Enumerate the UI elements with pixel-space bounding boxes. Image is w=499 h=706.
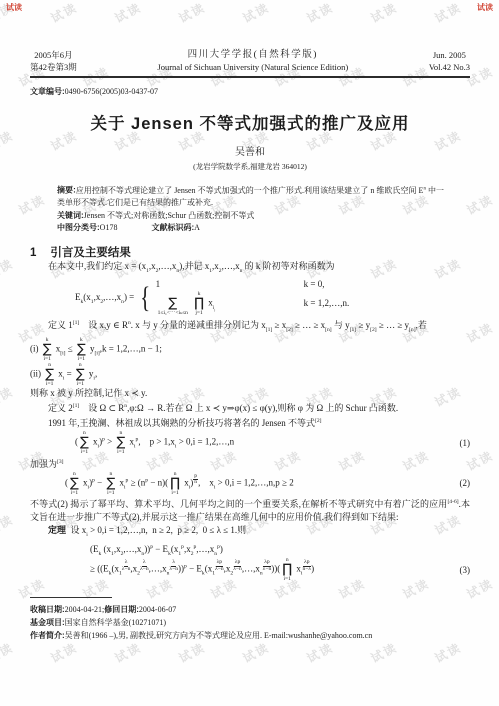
ek-case-2: ∑1≤i₁<⋯<iₖ≤n k∏j=1 xijk = 1,2,…,n.: [156, 291, 396, 316]
header-left: 2005年6月 第42卷第3期: [30, 50, 77, 73]
equation-1: (n∑i=1 xi)p > n∑i=1 xip, p > 1,xi > 0,i …: [30, 430, 470, 455]
red-stamp-top-right: 试读: [477, 2, 493, 13]
bio-label: 作者简介:: [30, 631, 65, 640]
issue-volume-cn: 第42卷第3期: [30, 62, 77, 74]
doc-code-value: A: [194, 223, 200, 232]
equation-2: (n∑i=1 xi)p − n∑i=1 xip ≥ (np − n)(n∏i=1…: [30, 471, 470, 496]
keywords-label: 关键词:: [57, 211, 84, 220]
header-right: Jun. 2005 Vol.42 No.3: [429, 50, 470, 73]
clc-label: 中图分类号:: [57, 223, 100, 232]
equation-2-body: (n∑i=1 xi)p − n∑i=1 xip ≥ (np − n)(n∏i=1…: [65, 471, 436, 496]
definition-2: 定义 2[1] 设 Ω ⊂ Rn,φ:Ω → R.若在 Ω 上 x ≺ y⇒φ(…: [30, 400, 470, 415]
issue-date-cn: 2005年6月: [30, 50, 77, 62]
revised-date: 2004-06-07: [139, 605, 176, 614]
equation-2-number: (2): [436, 478, 470, 488]
received-label: 收稿日期:: [30, 605, 65, 614]
abstract-paragraph: 摘要:应用控制不等式理论建立了 Jensen 不等式加强式的一个推广形式.利用该…: [57, 183, 444, 210]
journal-name-cn: 四川大学学报(自然科学版): [77, 50, 429, 62]
ek-case-2-expr: ∑1≤i₁<⋯<iₖ≤n k∏j=1 xij: [156, 291, 304, 316]
received-line: 收稿日期:2004-04-21;修回日期:2004-06-07: [30, 603, 470, 616]
theorem-statement: 定理 设 xi > 0,i = 1,2,…,n, n ≥ 2, p ≥ 2, 0…: [30, 524, 470, 542]
classification-line: 中图分类号:O178文献标识码:A: [57, 222, 444, 235]
clc-value: O178: [100, 223, 118, 232]
journal-header: 2005年6月 第42卷第3期 四川大学学报(自然科学版) Journal of…: [30, 50, 470, 73]
revised-label: 修回日期:: [104, 605, 139, 614]
watermark-text: 试读: [176, 638, 209, 666]
equation-ek-definition: Ek(x1,x2,…,xn) = { 1k = 0, ∑1≤i₁<⋯<iₖ≤n …: [75, 280, 470, 316]
page-content: 2005年6月 第42卷第3期 四川大学学报(自然科学版) Journal of…: [0, 0, 499, 642]
watermark-text: 试读: [0, 638, 16, 666]
ek-cases: 1k = 0, ∑1≤i₁<⋯<iₖ≤n k∏j=1 xijk = 1,2,…,…: [156, 280, 396, 316]
journal-name-en: Journal of Sichuan University (Natural S…: [77, 62, 429, 74]
majorization-remark: 则称 x 被 y 所控制,记作 x ≺ y.: [30, 387, 470, 400]
theorem-expression: (Ek (x1,x2,…,xn))p − Ek(x1p,x2p,…,xnp): [90, 544, 470, 557]
ek-case-2-cond: k = 1,2,…,n.: [304, 299, 396, 309]
fund-line: 基金项目:国家自然科学基金(10271071): [30, 616, 470, 629]
watermark-text: 试读: [240, 638, 273, 666]
received-date: 2004-04-21;: [65, 605, 105, 614]
theorem-label: 定理: [48, 525, 66, 535]
equation-3-body: ≥ ((Ek(x1λλ−n,x2λλ−n,…,xnλλ−n))p − Ek(x1…: [90, 557, 436, 582]
bio-line: 作者简介:吴善和(1966 –),男, 副教授,研究方向为不等式理论及应用. E…: [30, 629, 470, 642]
watermark-text: 试读: [304, 638, 337, 666]
ek-lhs: Ek(x1,x2,…,xn) =: [75, 292, 134, 305]
fund-text: 国家自然科学基金(10271071): [65, 618, 166, 627]
footnote-block: 收稿日期:2004-04-21;修回日期:2004-06-07 基金项目:国家自…: [30, 603, 470, 642]
condition-ii: (ii) n∑i=1 xi = n∑i=1 yi,: [30, 362, 470, 387]
watermark-text: 试读: [48, 638, 81, 666]
doc-code-label: 文献标识码:: [151, 223, 194, 232]
abstract-block: 摘要:应用控制不等式理论建立了 Jensen 不等式加强式的一个推广形式.利用该…: [57, 183, 444, 235]
paper-title: 关于 Jensen 不等式加强式的推广及应用: [30, 110, 470, 134]
article-id-value: 0490-6756(2005)03-0437-07: [65, 87, 158, 96]
bio-text: 吴善和(1966 –),男, 副教授,研究方向为不等式理论及应用. E-mail…: [65, 631, 373, 640]
definition-1: 定义 1[1] 设 x,y ∈ Rn. x 与 y 分量的递减重排分别记为 x[…: [30, 317, 470, 337]
author-name: 吴善和: [30, 143, 470, 158]
red-stamp-top-left: 试读: [6, 2, 22, 13]
discussion-paragraph: 不等式(2) 揭示了幂平均、算术平均、几何平均之间的一个重要关系,在解析不等式研…: [30, 496, 470, 524]
watermark-text: 试读: [112, 638, 145, 666]
fund-label: 基金项目:: [30, 618, 65, 627]
issue-date-en: Jun. 2005: [429, 50, 470, 62]
watermark-text: 试读: [432, 638, 465, 666]
section-1-number: 1: [30, 247, 36, 259]
intro-paragraph: 在本文中,我们约定 x = (x1,x2,…,xn),并记 x1,x2,…,xn…: [30, 260, 470, 278]
section-1-title: 引言及主要结果: [50, 247, 131, 259]
abstract-label: 摘要:: [57, 186, 76, 195]
ek-case-1-expr: 1: [156, 280, 304, 290]
equation-1-body: (n∑i=1 xi)p > n∑i=1 xip, p > 1,xi > 0,i …: [75, 430, 436, 455]
equation-3: ≥ ((Ek(x1λλ−n,x2λλ−n,…,xnλλ−n))p − Ek(x1…: [30, 557, 470, 582]
author-affiliation: (龙岩学院数学系,福建龙岩 364012): [30, 161, 470, 172]
keywords-line: 关键词:Jensen 不等式;对称函数;Schur 凸函数;控制不等式: [57, 210, 444, 223]
abstract-text: 应用控制不等式理论建立了 Jensen 不等式加强式的一个推广形式.利用该结果建…: [57, 186, 444, 208]
strengthen-lead: 加强为[3]: [30, 456, 470, 471]
header-rule: [30, 76, 470, 78]
footnote-rule: [30, 597, 112, 598]
issue-volume-en: Vol.42 No.3: [429, 62, 470, 74]
condition-i: (i) k∑i=1 x[i] ≤ k∑i=1 y[i],k = 1,2,…,n …: [30, 337, 470, 362]
equation-1-number: (1): [436, 438, 470, 448]
article-id-line: 文章编号:0490-6756(2005)03-0437-07: [30, 86, 470, 97]
keywords-text: Jensen 不等式;对称函数;Schur 凸函数;控制不等式: [84, 211, 255, 220]
article-id-label: 文章编号:: [30, 87, 65, 96]
history-paragraph: 1991 年,王挽澜、林祖成以其娴熟的分析技巧将著名的 Jensen 不等式[2…: [30, 415, 470, 430]
cases-brace: {: [140, 283, 150, 313]
scanned-paper-page: 试读试读试读试读试读试读试读试读试读试读试读试读试读试读试读试读试读试读试读试读…: [0, 0, 499, 706]
watermark-text: 试读: [368, 638, 401, 666]
ek-case-1: 1k = 0,: [156, 280, 396, 290]
equation-3-number: (3): [436, 565, 470, 575]
section-1-heading: 1引言及主要结果: [30, 244, 470, 260]
ek-case-1-cond: k = 0,: [304, 280, 396, 290]
theorem-conditions: 设 xi > 0,i = 1,2,…,n, n ≥ 2, p ≥ 2, 0 ≤ …: [66, 525, 246, 535]
header-center: 四川大学学报(自然科学版) Journal of Sichuan Univers…: [77, 50, 429, 73]
